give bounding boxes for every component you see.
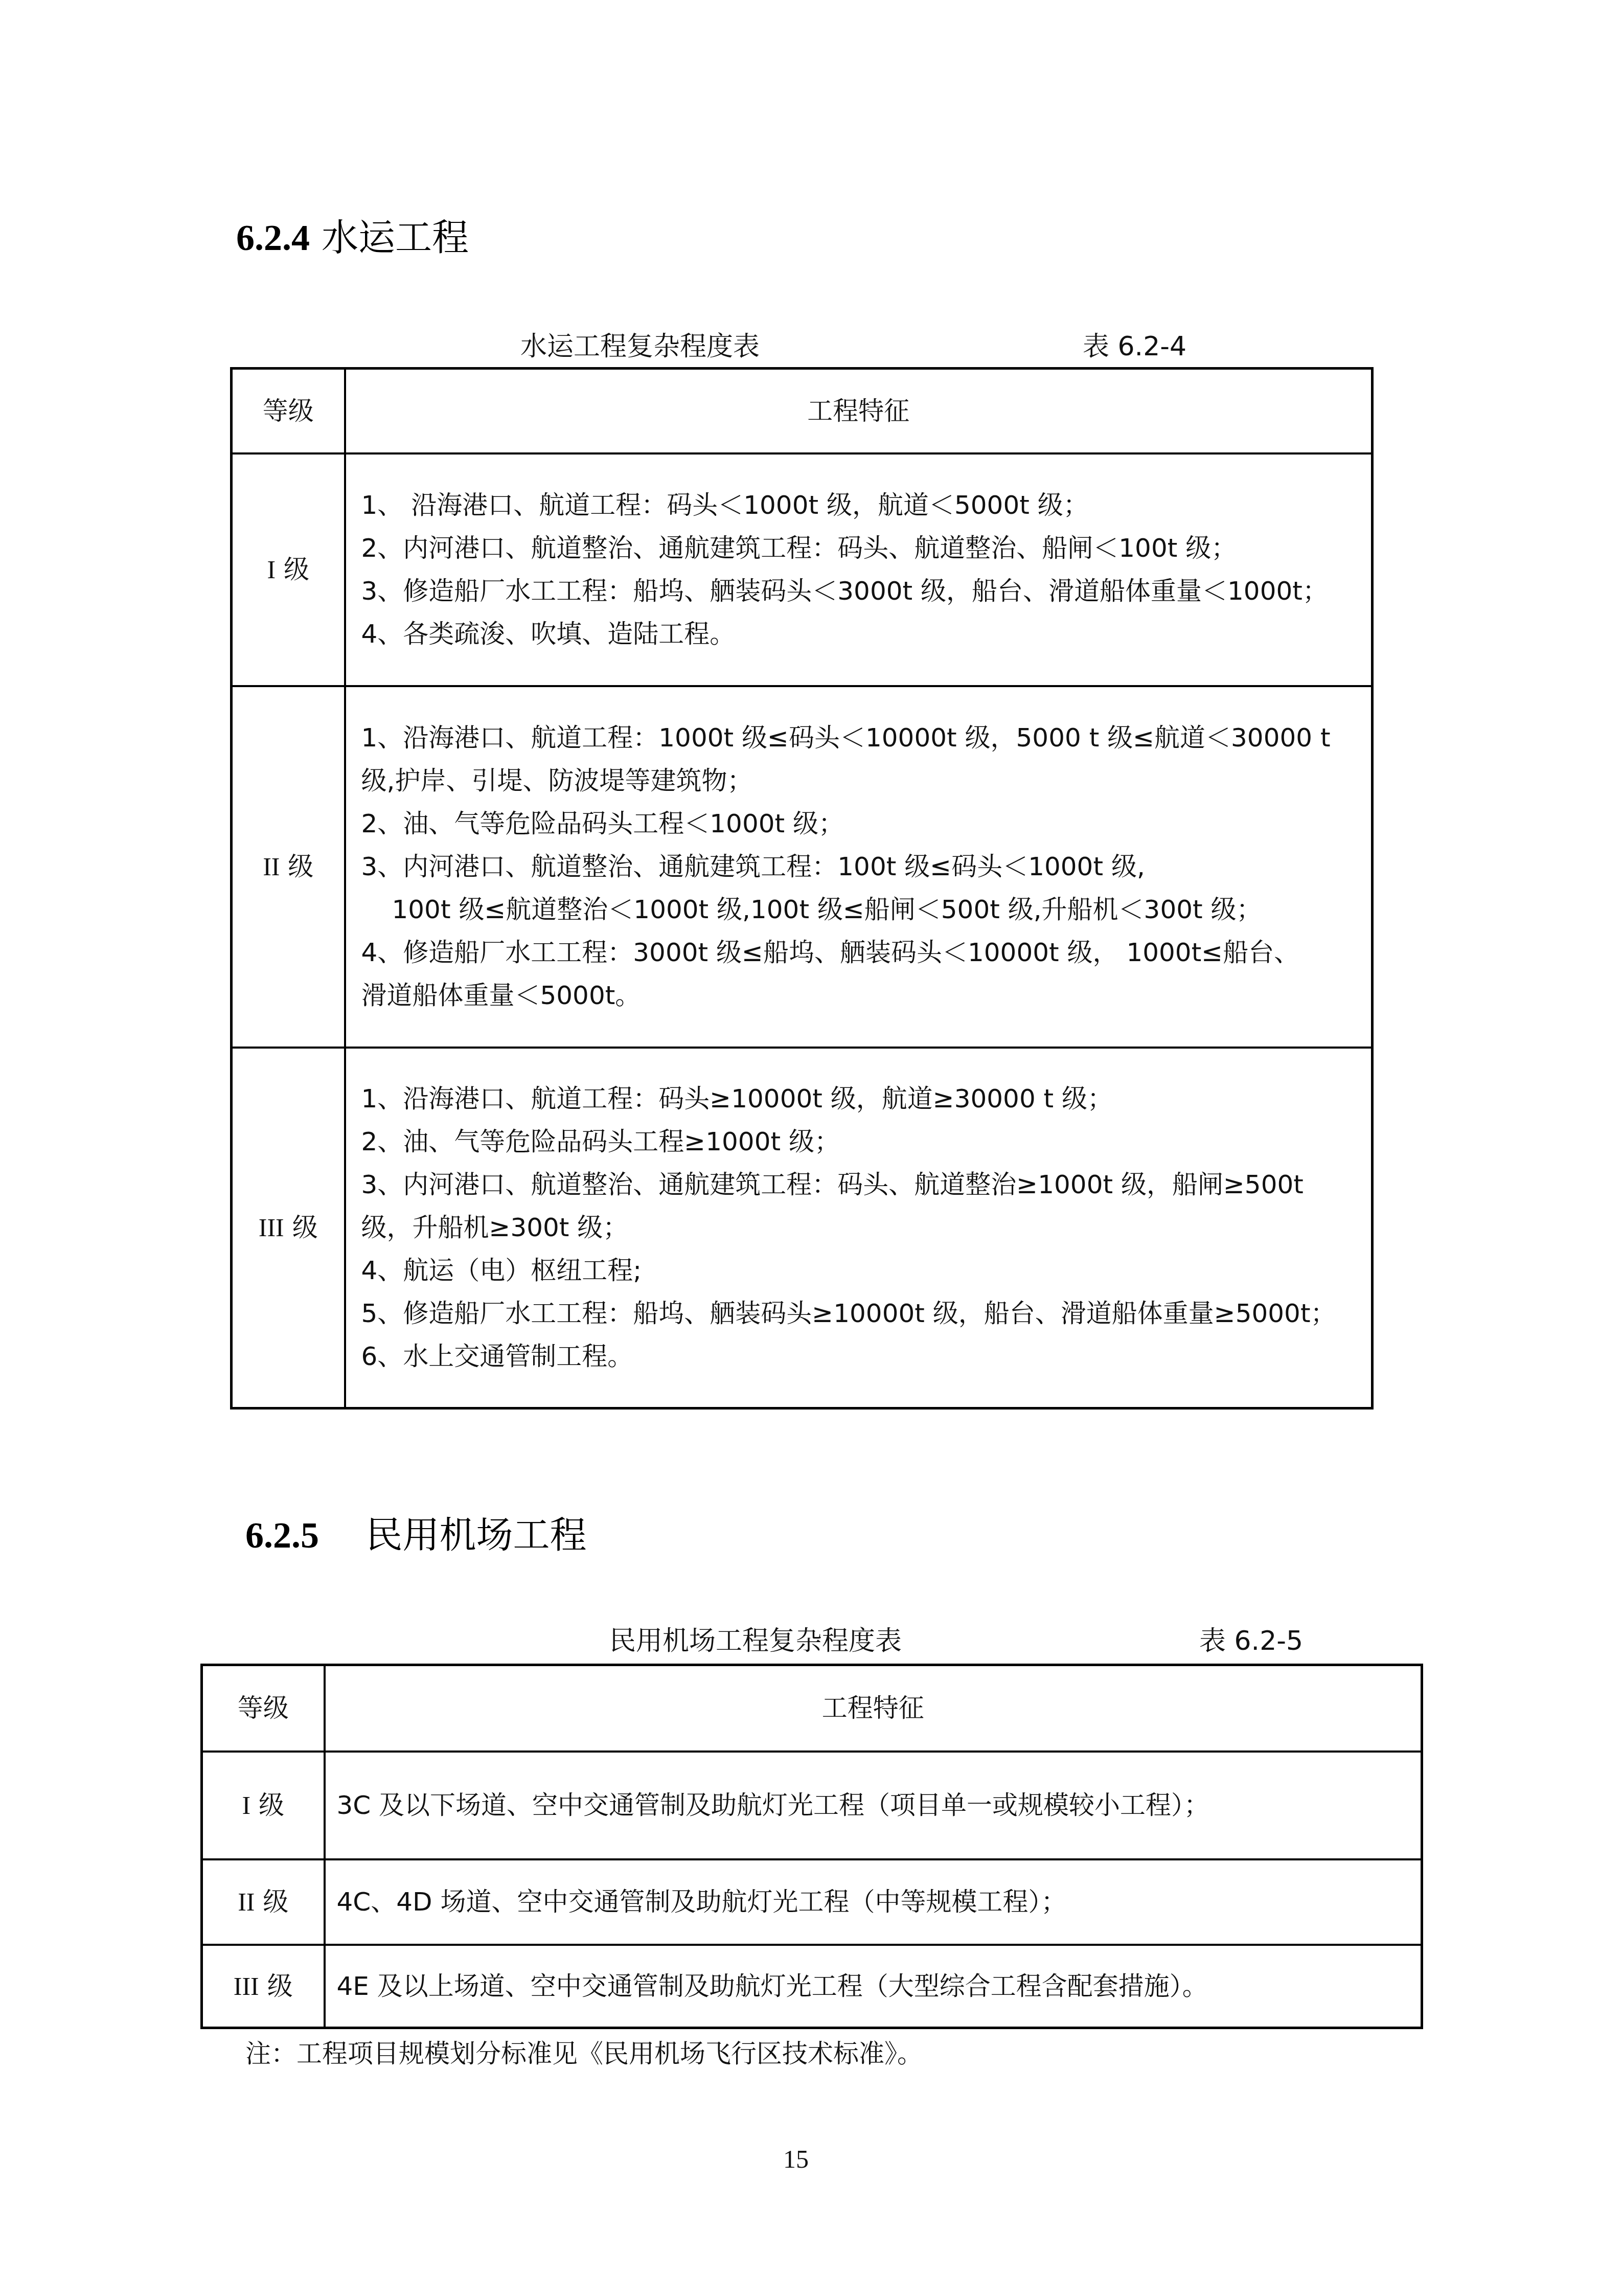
features-cell: 4E 及以上场道、空中交通管制及助航灯光工程（大型综合工程含配套措施）。 — [325, 1945, 1422, 2028]
feature-line: 3、内河港口、航道整治、通航建筑工程：100t 级≤码头＜1000t 级, — [361, 845, 1366, 888]
feature-line: 2、油、气等危险品码头工程≥1000t 级； — [361, 1120, 1366, 1163]
grade-cell: II 级 — [232, 686, 345, 1048]
table-row: I 级 1、 沿海港口、航道工程：码头＜1000t 级，航道＜5000t 级； … — [232, 453, 1373, 686]
feature-line: 4、航运（电）枢纽工程; — [361, 1249, 1366, 1292]
table-caption-number: 表 6.2-5 — [1199, 1628, 1303, 1654]
feature-line: 滑道船体重量＜5000t。 — [361, 974, 1366, 1017]
feature-line: 4C、4D 场道、空中交通管制及助航灯光工程（中等规模工程）； — [337, 1880, 1416, 1923]
features-cell: 1、 沿海港口、航道工程：码头＜1000t 级，航道＜5000t 级； 2、内河… — [345, 453, 1373, 686]
table-caption-title: 民用机场工程复杂程度表 — [609, 1628, 902, 1654]
feature-line: 6、水上交通管制工程。 — [361, 1335, 1366, 1378]
feature-line: 3、内河港口、航道整治、通航建筑工程：码头、航道整治≥1000t 级，船闸≥50… — [361, 1163, 1366, 1206]
feature-line: 级,护岸、引堤、防波堤等建筑物； — [361, 759, 1366, 802]
feature-line: 3、修造船厂水工工程：船坞、舾装码头＜3000t 级，船台、滑道船体重量＜100… — [361, 570, 1366, 612]
section-number: 6.2.4 — [236, 217, 310, 258]
header-grade: 等级 — [232, 369, 345, 453]
feature-line: 4E 及以上场道、空中交通管制及助航灯光工程（大型综合工程含配套措施）。 — [337, 1965, 1416, 2008]
features-cell: 1、沿海港口、航道工程：码头≥10000t 级，航道≥30000 t 级； 2、… — [345, 1048, 1373, 1408]
waterway-complexity-table: 等级 工程特征 I 级 1、 沿海港口、航道工程：码头＜1000t 级，航道＜5… — [230, 367, 1374, 1410]
feature-line: 2、油、气等危险品码头工程＜1000t 级； — [361, 802, 1366, 845]
airport-complexity-table: 等级 工程特征 I 级 3C 及以下场道、空中交通管制及助航灯光工程（项目单一或… — [200, 1664, 1423, 2029]
header-grade: 等级 — [202, 1665, 325, 1752]
grade-cell: I 级 — [232, 453, 345, 686]
table-header-row: 等级 工程特征 — [232, 369, 1373, 453]
header-features: 工程特征 — [325, 1665, 1422, 1752]
grade-cell: I 级 — [202, 1752, 325, 1859]
feature-line: 5、修造船厂水工工程：船坞、舾装码头≥10000t 级，船台、滑道船体重量≥50… — [361, 1292, 1366, 1335]
table-caption-number: 表 6.2-4 — [1083, 333, 1186, 360]
section-number: 6.2.5 — [245, 1515, 319, 1556]
table-row: II 级 4C、4D 场道、空中交通管制及助航灯光工程（中等规模工程）； — [202, 1859, 1422, 1945]
page-number: 15 — [783, 2146, 809, 2172]
table-row: III 级 1、沿海港口、航道工程：码头≥10000t 级，航道≥30000 t… — [232, 1048, 1373, 1408]
grade-cell: III 级 — [232, 1048, 345, 1408]
table-row: II 级 1、沿海港口、航道工程：1000t 级≤码头＜10000t 级，500… — [232, 686, 1373, 1048]
feature-line: 级，升船机≥300t 级； — [361, 1206, 1366, 1249]
features-cell: 4C、4D 场道、空中交通管制及助航灯光工程（中等规模工程）； — [325, 1859, 1422, 1945]
grade-cell: II 级 — [202, 1859, 325, 1945]
feature-line: 2、内河港口、航道整治、通航建筑工程：码头、航道整治、船闸＜100t 级； — [361, 527, 1366, 570]
section-heading-6-2-4: 6.2.4 水运工程 — [236, 219, 469, 256]
feature-line: 100t 级≤航道整治＜1000t 级,100t 级≤船闸＜500t 级,升船机… — [361, 888, 1366, 931]
feature-line: 1、 沿海港口、航道工程：码头＜1000t 级，航道＜5000t 级； — [361, 484, 1366, 527]
table-caption-title: 水运工程复杂程度表 — [520, 333, 760, 360]
feature-line: 1、沿海港口、航道工程：1000t 级≤码头＜10000t 级，5000 t 级… — [361, 716, 1366, 759]
grade-cell: III 级 — [202, 1945, 325, 2028]
features-cell: 1、沿海港口、航道工程：1000t 级≤码头＜10000t 级，5000 t 级… — [345, 686, 1373, 1048]
section-title: 水运工程 — [322, 216, 469, 259]
section-heading-6-2-5: 6.2.5 民用机场工程 — [245, 1516, 587, 1554]
table-note: 注：工程项目规模划分标准见《民用机场飞行区技术标准》。 — [245, 2041, 923, 2066]
table-header-row: 等级 工程特征 — [202, 1665, 1422, 1752]
table-row: III 级 4E 及以上场道、空中交通管制及助航灯光工程（大型综合工程含配套措施… — [202, 1945, 1422, 2028]
table-row: I 级 3C 及以下场道、空中交通管制及助航灯光工程（项目单一或规模较小工程）； — [202, 1752, 1422, 1859]
feature-line: 4、各类疏浚、吹填、造陆工程。 — [361, 612, 1366, 655]
feature-line: 4、修造船厂水工工程：3000t 级≤船坞、舾装码头＜10000t 级， 100… — [361, 931, 1366, 974]
section-title: 民用机场工程 — [366, 1513, 587, 1556]
features-cell: 3C 及以下场道、空中交通管制及助航灯光工程（项目单一或规模较小工程）； — [325, 1752, 1422, 1859]
header-features: 工程特征 — [345, 369, 1373, 453]
feature-line: 3C 及以下场道、空中交通管制及助航灯光工程（项目单一或规模较小工程）； — [337, 1784, 1416, 1827]
feature-line: 1、沿海港口、航道工程：码头≥10000t 级，航道≥30000 t 级； — [361, 1077, 1366, 1120]
